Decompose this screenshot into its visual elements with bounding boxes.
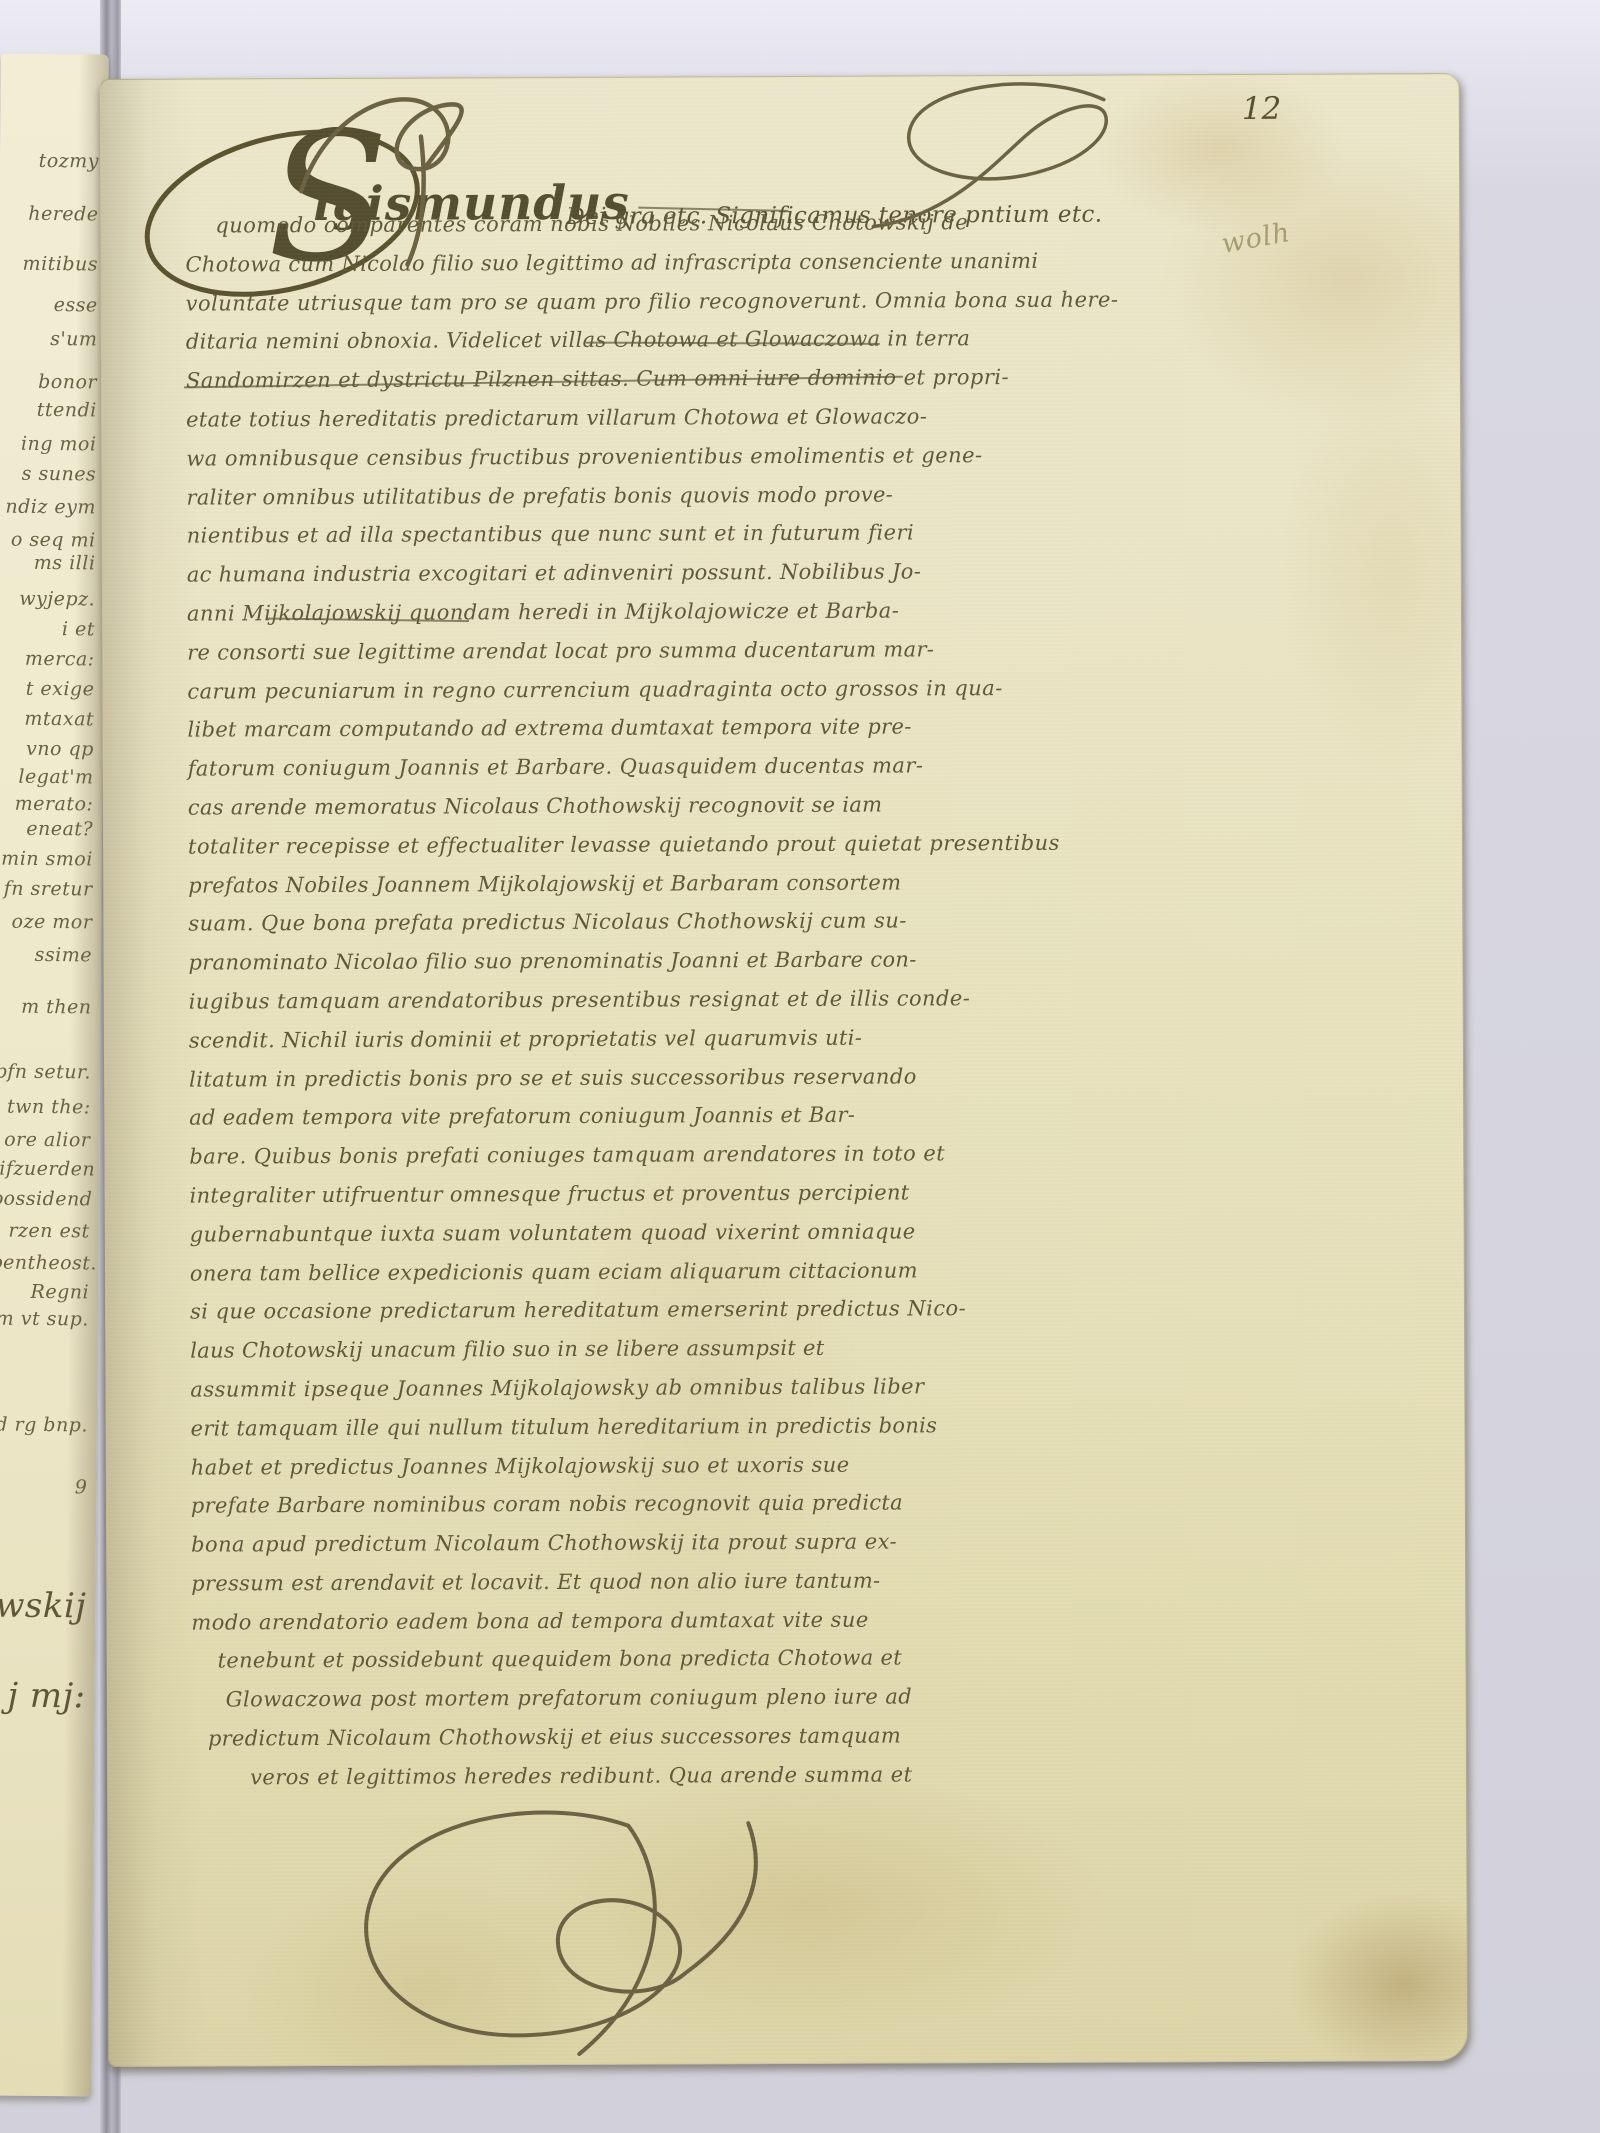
margin-fragment: eneat? bbox=[0, 818, 93, 841]
margin-fragment: pentheost. bbox=[0, 1252, 89, 1275]
manuscript-text-line: predictum Nicolaum Chothowskij et eius s… bbox=[192, 1714, 1382, 1758]
manuscript-text-line: tenebunt et possidebunt quequidem bona p… bbox=[191, 1637, 1381, 1681]
manuscript-text-line: ad eadem tempora vite prefatorum coniugu… bbox=[189, 1094, 1379, 1138]
manuscript-text-line: laus Chotowskij unacum filio suo in se l… bbox=[190, 1327, 1380, 1371]
manuscript-page: 12 wolh S igismundus Dei gra etc. Signif… bbox=[100, 73, 1469, 2067]
manuscript-text-line: pranominato Nicolao filio suo prenominat… bbox=[188, 939, 1378, 983]
margin-fragment: merca: bbox=[0, 648, 95, 671]
manuscript-text-line: ditaria nemini obnoxia. Videlicet villas… bbox=[186, 318, 1376, 362]
margin-fragment: fn sretur bbox=[0, 878, 93, 901]
bottom-flourish bbox=[366, 1812, 757, 2055]
manuscript-text-line: suam. Que bona prefata predictus Nicolau… bbox=[188, 900, 1378, 944]
manuscript-text-line: carum pecuniarum in regno currencium qua… bbox=[187, 667, 1377, 711]
manuscript-text-line: fatorum coniugum Joannis et Barbare. Qua… bbox=[188, 745, 1378, 789]
margin-fragment: m then bbox=[0, 996, 92, 1019]
margin-fragment: min smoi bbox=[0, 848, 93, 871]
manuscript-text-line: prefate Barbare nominibus coram nobis re… bbox=[191, 1482, 1381, 1526]
margin-fragment: ing moi bbox=[0, 433, 97, 456]
manuscript-text-line: assummit ipseque Joannes Mijkolajowsky a… bbox=[190, 1365, 1380, 1409]
margin-fragment: Regni bbox=[0, 1281, 89, 1304]
margin-fragment: mtaxat bbox=[0, 708, 94, 731]
margin-fragment: t exige bbox=[0, 678, 94, 701]
margin-fragment: possidend bbox=[0, 1188, 90, 1211]
margin-fragment: tifzuerden bbox=[0, 1158, 90, 1181]
manuscript-text-line: scendit. Nichil iuris dominii et proprie… bbox=[189, 1016, 1379, 1060]
margin-fragment: s sunes bbox=[0, 463, 96, 486]
margin-fragment: vno qp bbox=[0, 738, 94, 761]
manuscript-text-line: si que occasione predictarum hereditatum… bbox=[190, 1288, 1380, 1332]
margin-fragment: twn the: bbox=[0, 1096, 91, 1119]
manuscript-text-line: modo arendatorio eadem bona ad tempora d… bbox=[191, 1598, 1381, 1642]
margin-fragment: mitibus bbox=[0, 253, 98, 276]
manuscript-text-line: erit tamquam ille qui nullum titulum her… bbox=[190, 1404, 1380, 1448]
manuscript-text-line: litatum in predictis bonis pro se et sui… bbox=[189, 1055, 1379, 1099]
margin-fragment: s'um bbox=[0, 328, 98, 351]
margin-fragment: rzen est bbox=[0, 1220, 90, 1243]
folio-number: 12 bbox=[1242, 91, 1282, 127]
margin-fragment: legat'm bbox=[0, 766, 94, 789]
manuscript-text-line: ac humana industria excogitari et adinve… bbox=[187, 551, 1377, 595]
margin-fragment: 9 bbox=[0, 1476, 87, 1499]
manuscript-text-line: anni Mijkolajowskij quondam heredi in Mi… bbox=[187, 589, 1377, 633]
manuscript-text-line: libet marcam computando ad extrema dumta… bbox=[187, 706, 1377, 750]
margin-fragment: ttendi bbox=[0, 399, 97, 422]
manuscript-text-line: prefatos Nobiles Joannem Mijkolajowskij … bbox=[188, 861, 1378, 905]
margin-fragment: herede bbox=[0, 203, 99, 226]
manuscript-text-line: nientibus et ad illa spectantibus que nu… bbox=[187, 512, 1377, 556]
margin-fragment: wskij bbox=[0, 1595, 86, 1618]
margin-fragment: pfn setur. bbox=[0, 1061, 91, 1084]
margin-fragment: ssime bbox=[0, 944, 92, 967]
margin-fragment: i et bbox=[0, 618, 95, 641]
manuscript-text-line: bare. Quibus bonis prefati coniuges tamq… bbox=[189, 1133, 1379, 1177]
manuscript-text-line: gubernabuntque iuxta suam voluntatem quo… bbox=[190, 1210, 1380, 1254]
previous-folio-edge: tozmy herede mitibus esse s'um bonor tte… bbox=[0, 54, 109, 2097]
margin-fragment: merato: bbox=[0, 793, 93, 816]
manuscript-text-line: habet et predictus Joannes Mijkolajowski… bbox=[191, 1443, 1381, 1487]
margin-fragment: tozmy bbox=[0, 150, 99, 173]
margin-fragment: ndiz eym bbox=[0, 496, 96, 519]
manuscript-text-line: iugibus tamquam arendatoribus presentibu… bbox=[189, 977, 1379, 1021]
manuscript-text-line: onera tam bellice expedicionis quam ecia… bbox=[190, 1249, 1380, 1293]
manuscript-text-line: etate totius hereditatis predictarum vil… bbox=[186, 395, 1376, 439]
margin-fragment: d rg bnp. bbox=[0, 1414, 88, 1437]
body-text: quomodo comparentes coram nobis Nobiles … bbox=[185, 201, 1382, 1797]
manuscript-text-line: voluntate utriusque tam pro se quam pro … bbox=[186, 279, 1376, 323]
manuscript-text-line: re consorti sue legittime arendat locat … bbox=[187, 628, 1377, 672]
manuscript-text-line: integraliter utifruentur omnesque fructu… bbox=[189, 1171, 1379, 1215]
manuscript-text-line: bona apud predictum Nicolaum Chothowskij… bbox=[191, 1520, 1381, 1564]
margin-fragment: oze mor bbox=[0, 911, 92, 934]
manuscript-text-line: raliter omnibus utilitatibus de prefatis… bbox=[186, 473, 1376, 517]
manuscript-text-line: cas arende memoratus Nicolaus Chothowski… bbox=[188, 783, 1378, 827]
manuscript-text-line: Chotowa cum Nicolao filio suo legittimo … bbox=[185, 240, 1375, 284]
margin-fragment: ms illi bbox=[0, 552, 96, 575]
manuscript-text-line: totaliter recepisse et effectualiter lev… bbox=[188, 822, 1378, 866]
margin-fragment: esse bbox=[0, 294, 98, 317]
margin-fragment: m vt sup. bbox=[0, 1308, 89, 1331]
manuscript-text-line: quomodo comparentes coram nobis Nobiles … bbox=[185, 201, 1375, 245]
manuscript-scan: tozmy herede mitibus esse s'um bonor tte… bbox=[0, 0, 1600, 2133]
manuscript-text-line: wa omnibusque censibus fructibus proveni… bbox=[186, 434, 1376, 478]
margin-fragment: j mj: bbox=[0, 1685, 86, 1708]
manuscript-text-line: pressum est arendavit et locavit. Et quo… bbox=[191, 1559, 1381, 1603]
margin-fragment: bonor bbox=[0, 371, 97, 394]
manuscript-text-line: Glowaczowa post mortem prefatorum coniug… bbox=[192, 1676, 1382, 1720]
manuscript-text-line: veros et legittimos heredes redibunt. Qu… bbox=[192, 1753, 1382, 1797]
margin-fragment: o seq mi bbox=[0, 529, 96, 552]
margin-fragment: ore alior bbox=[0, 1129, 91, 1152]
margin-fragment: wyjepz. bbox=[0, 588, 95, 611]
